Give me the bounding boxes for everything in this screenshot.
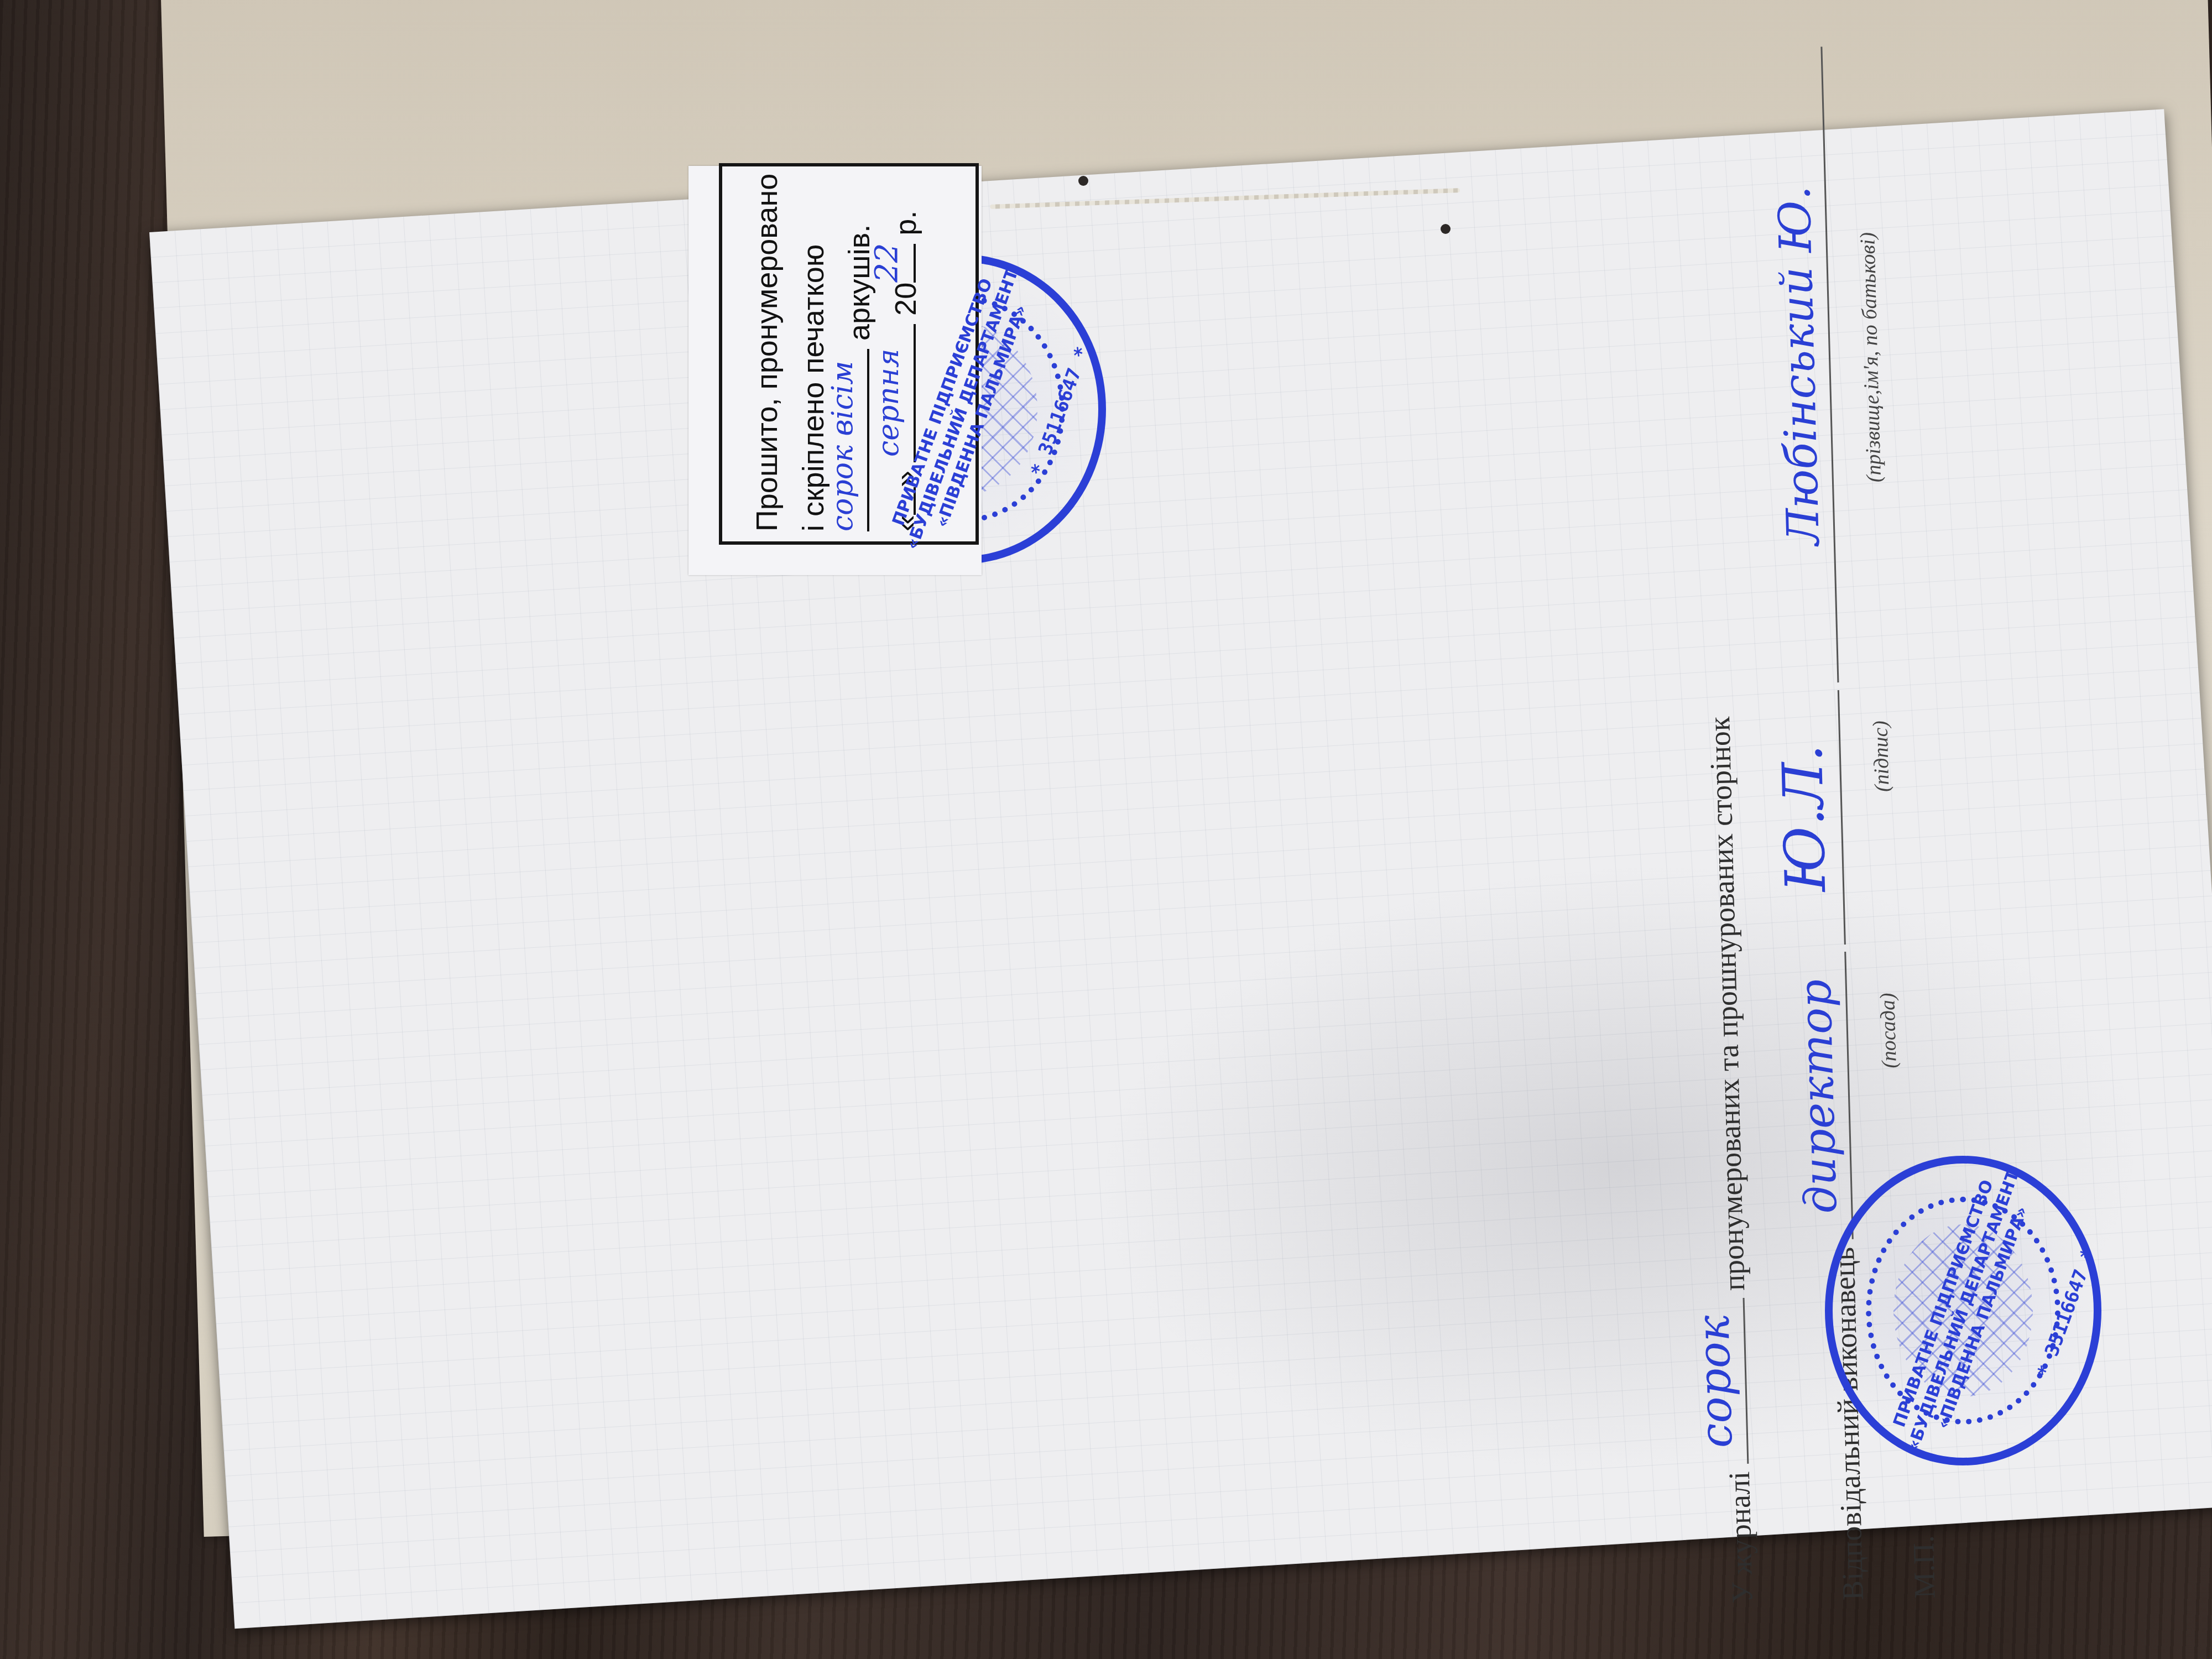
signature: Ю.Л. — [1770, 744, 1838, 893]
seal-code: * 35116647 * — [1026, 344, 1094, 479]
seal-place-label: М.П. — [1906, 1535, 1942, 1599]
company-seal-bottom: ПРИВАТНЕ ПІДПРИЄМСТВО «БУДІВЕЛЬНИЙ ДЕПАР… — [1825, 1156, 2101, 1465]
binding-hole — [1441, 224, 1451, 234]
pages-handwritten: сорок — [1687, 1314, 1742, 1448]
date-month-handwritten: серпня — [867, 349, 911, 457]
year-handwritten: 22 — [863, 243, 911, 283]
name-handwritten: Любінський Ю. — [1768, 185, 1829, 546]
seal-inner-text: ПРИВАТНЕ ПІДПРИЄМСТВО «БУДІВЕЛЬНИЙ ДЕПАР… — [1883, 1160, 2043, 1460]
journal-prefix: У журналі — [1723, 1471, 1759, 1604]
seal-code: * 35116647 * — [2033, 1245, 2100, 1381]
sheet-count-handwritten: сорок вісім — [821, 361, 865, 531]
position-handwritten: директор — [1790, 979, 1847, 1214]
signature-caption: (підпис) — [1868, 721, 1894, 792]
binding-hole — [1078, 176, 1088, 186]
position-caption: (посада) — [1875, 993, 1902, 1069]
label-line-1: Прошито, пронумеровано — [744, 183, 791, 531]
name-caption: (прізвище,ім'я, по батькові) — [1855, 232, 1886, 483]
